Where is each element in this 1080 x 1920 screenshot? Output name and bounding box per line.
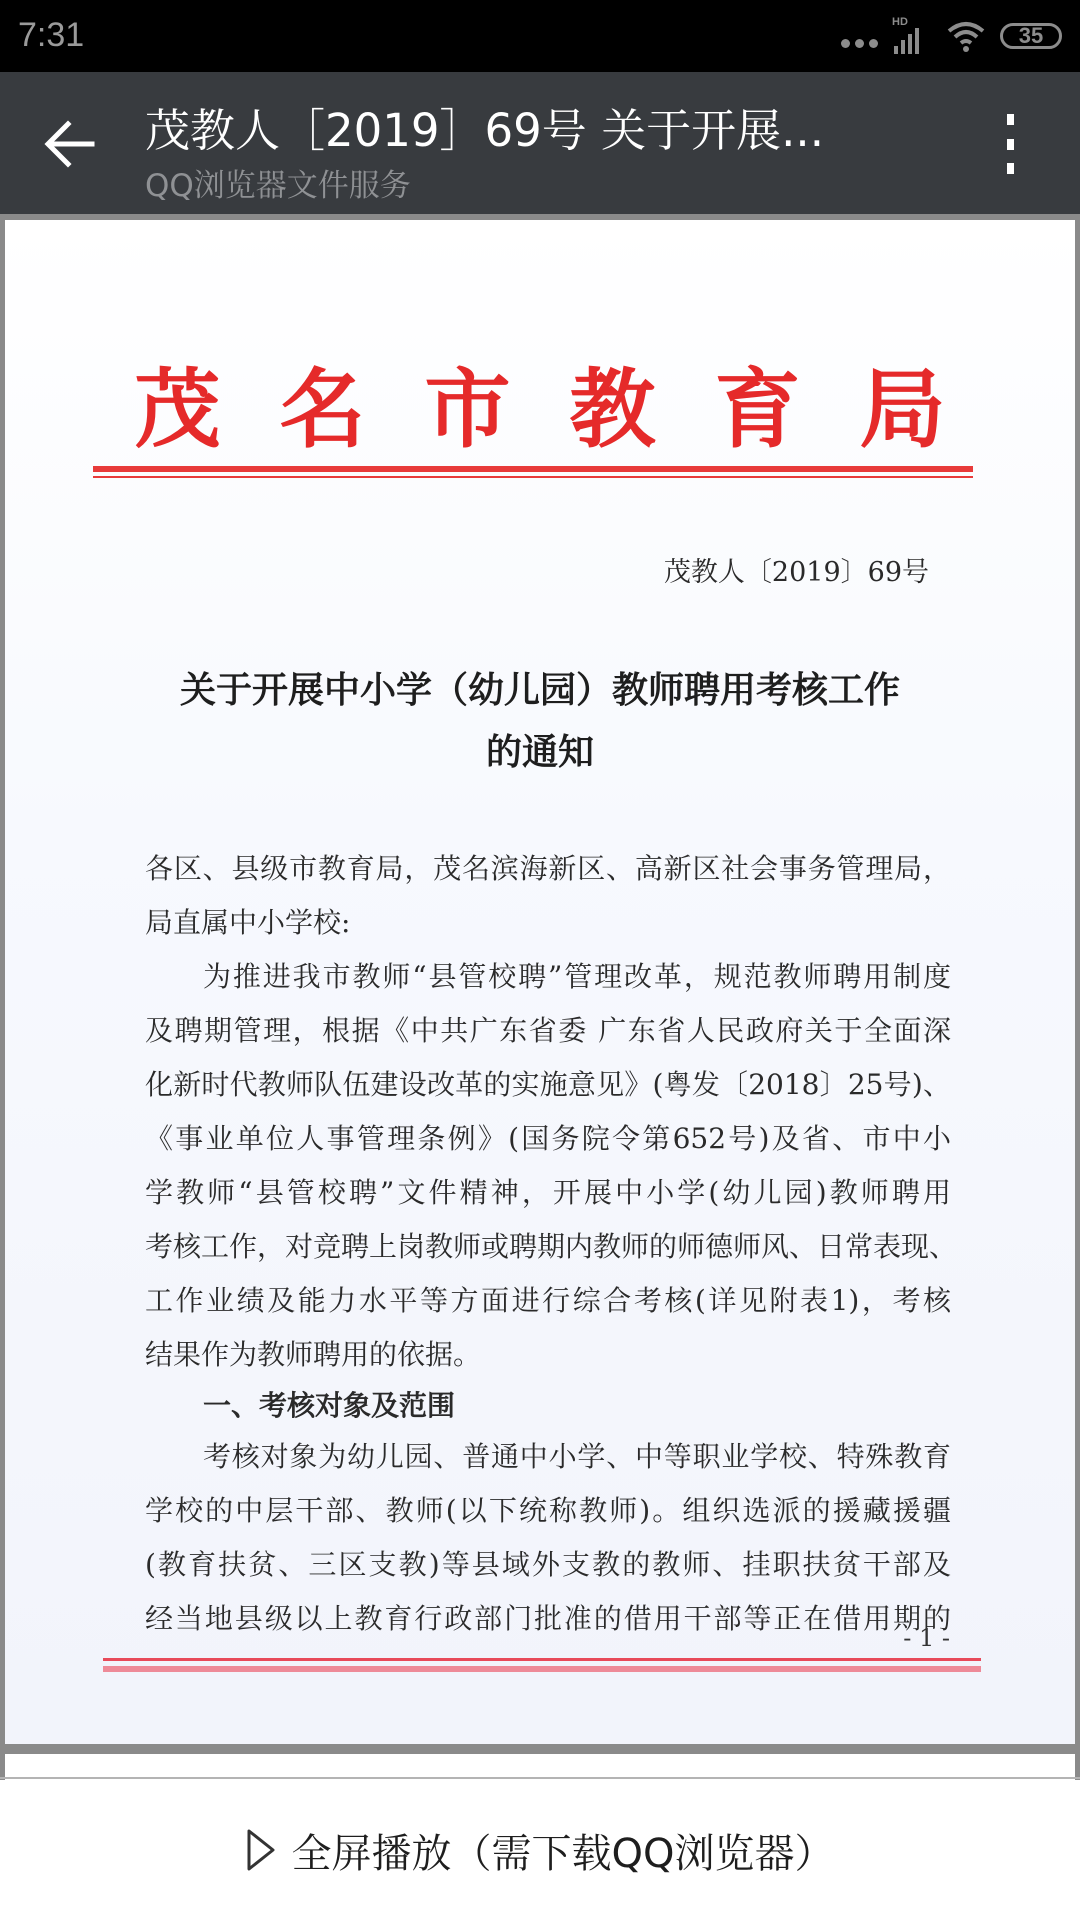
status-time: 7:31 bbox=[18, 16, 84, 55]
page-number: - 1 - bbox=[903, 1624, 950, 1652]
letterhead-char: 教 bbox=[540, 340, 685, 464]
document-body: 各区、县级市教育局，茂名滨海新区、高新区社会事务管理局， 局直属中小学校: 为推… bbox=[145, 842, 951, 1646]
document-source: QQ浏览器文件服务 bbox=[145, 160, 411, 205]
body-line: 《事业单位人事管理条例》(国务院令第652号)及省、市中小 bbox=[145, 1112, 951, 1166]
document-number: 茂教人〔2019〕69号 bbox=[664, 550, 929, 589]
wifi-icon bbox=[946, 19, 986, 53]
document-viewer[interactable]: 茂名市教育局 茂教人〔2019〕69号 关于开展中小学（幼儿园）教师聘用考核工作… bbox=[0, 214, 1080, 1780]
letterhead-char: 局 bbox=[830, 340, 975, 464]
letterhead-rule-thick bbox=[93, 466, 973, 472]
body-line: 各区、县级市教育局，茂名滨海新区、高新区社会事务管理局， bbox=[145, 842, 951, 896]
more-dots-icon bbox=[841, 39, 878, 48]
section-heading: 一、考核对象及范围 bbox=[145, 1382, 951, 1430]
notice-title-line-1: 关于开展中小学（幼儿园）教师聘用考核工作 bbox=[5, 662, 1075, 713]
body-line: 学校的中层干部、教师(以下统称教师)。组织选派的援藏援疆 bbox=[145, 1484, 951, 1538]
app-toolbar: 茂教人［2019］69号 关于开展... QQ浏览器文件服务 bbox=[0, 72, 1080, 214]
footer-rule-thin bbox=[103, 1658, 981, 1661]
document-title: 茂教人［2019］69号 关于开展... bbox=[145, 94, 824, 159]
back-button[interactable] bbox=[40, 116, 100, 172]
body-line: 及聘期管理，根据《中共广东省委 广东省人民政府关于全面深 bbox=[145, 1004, 951, 1058]
signal-icon: HD bbox=[892, 16, 932, 56]
battery-icon: 35 bbox=[1000, 23, 1062, 49]
letterhead-char: 茂 bbox=[105, 340, 250, 464]
body-line: 局直属中小学校: bbox=[145, 896, 951, 950]
body-line: 工作业绩及能力水平等方面进行综合考核(详见附表1)，考核 bbox=[145, 1274, 951, 1328]
letterhead-rule-thin bbox=[93, 476, 973, 478]
more-menu-button[interactable] bbox=[992, 114, 1028, 174]
more-vertical-icon bbox=[1007, 114, 1014, 125]
body-line: 经当地县级以上教育行政部门批准的借用干部等正在借用期的 bbox=[145, 1592, 951, 1646]
body-line: 学教师“县管校聘”文件精神，开展中小学(幼儿园)教师聘用 bbox=[145, 1166, 951, 1220]
document-page-1: 茂名市教育局 茂教人〔2019〕69号 关于开展中小学（幼儿园）教师聘用考核工作… bbox=[5, 220, 1075, 1744]
letterhead-char: 育 bbox=[685, 340, 830, 464]
letterhead: 茂名市教育局 bbox=[5, 340, 1075, 464]
notice-title-line-2: 的通知 bbox=[5, 724, 1075, 775]
status-icons: HD 35 bbox=[841, 14, 1062, 58]
network-badge: HD bbox=[892, 16, 908, 28]
body-line: 化新时代教师队伍建设改革的实施意见》(粤发〔2018〕25号)、 bbox=[145, 1058, 951, 1112]
body-line: 考核对象为幼儿园、普通中小学、中等职业学校、特殊教育 bbox=[145, 1430, 951, 1484]
body-line: 为推进我市教师“县管校聘”管理改革，规范教师聘用制度 bbox=[145, 950, 951, 1004]
body-line: (教育扶贫、三区支教)等县域外支教的教师、挂职扶贫干部及 bbox=[145, 1538, 951, 1592]
status-bar: 7:31 HD 35 bbox=[0, 0, 1080, 72]
fullscreen-play-button[interactable]: 全屏播放（需下载QQ浏览器） bbox=[0, 1800, 1080, 1900]
footer-divider bbox=[0, 1777, 1080, 1779]
play-outline-icon bbox=[246, 1828, 276, 1872]
letterhead-char: 名 bbox=[250, 340, 395, 464]
letterhead-char: 市 bbox=[395, 340, 540, 464]
body-line: 考核工作，对竞聘上岗教师或聘期内教师的师德师风、日常表现、 bbox=[145, 1220, 951, 1274]
body-line: 结果作为教师聘用的依据。 bbox=[145, 1328, 951, 1382]
footer-rule-thick bbox=[103, 1666, 981, 1672]
fullscreen-play-label: 全屏播放（需下载QQ浏览器） bbox=[292, 1822, 835, 1879]
